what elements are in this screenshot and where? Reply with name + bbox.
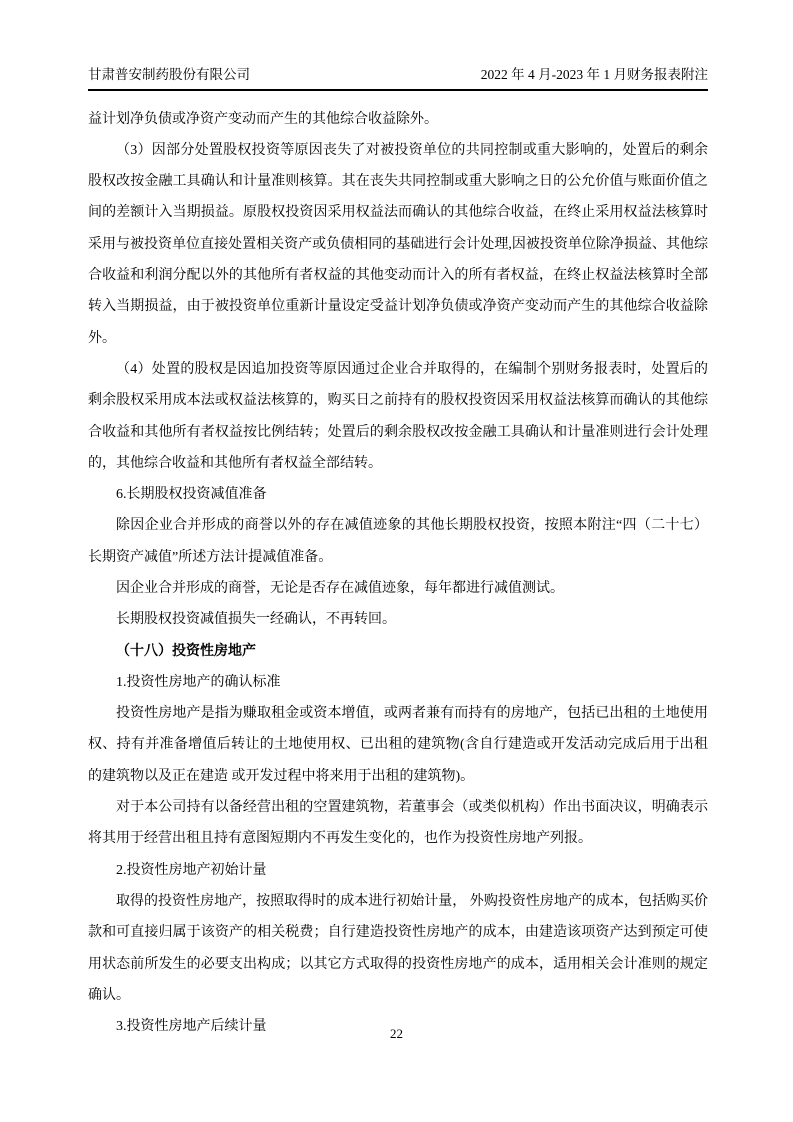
- document-page: 甘肃普安制药股份有限公司 2022 年 4 月-2023 年 1 月财务报表附注…: [0, 0, 793, 1122]
- document-body: 益计划净负债或净资产变动而产生的其他综合收益除外。 （3）因部分处置股权投资等原…: [88, 104, 708, 1043]
- report-period-title: 2022 年 4 月-2023 年 1 月财务报表附注: [481, 66, 708, 84]
- page-number: 22: [0, 1026, 793, 1042]
- paragraph-disposal-item-4: （4）处置的股权是因追加投资等原因通过企业合并取得的，在编制个别财务报表时，处置…: [88, 354, 708, 479]
- paragraph-continuation: 益计划净负债或净资产变动而产生的其他综合收益除外。: [88, 104, 708, 135]
- subheading-initial-measurement: 2.投资性房地产初始计量: [88, 855, 708, 886]
- subheading-recognition-criteria: 1.投资性房地产的确认标准: [88, 667, 708, 698]
- paragraph-impairment-method: 除因企业合并形成的商誉以外的存在减值迹象的其他长期股权投资，按照本附注“四（二十…: [88, 510, 708, 573]
- paragraph-definition: 投资性房地产是指为赚取租金或资本增值，或两者兼有而持有的房地产，包括已出租的土地…: [88, 698, 708, 792]
- paragraph-vacant-building: 对于本公司持有以备经营出租的空置建筑物，若董事会（或类似机构）作出书面决议，明确…: [88, 792, 708, 855]
- paragraph-initial-measurement: 取得的投资性房地产，按照取得时的成本进行初始计量， 外购投资性房地产的成本，包括…: [88, 886, 708, 1011]
- paragraph-goodwill-test: 因企业合并形成的商誉，无论是否存在减值迹象，每年都进行减值测试。: [88, 573, 708, 604]
- paragraph-disposal-item-3: （3）因部分处置股权投资等原因丧失了对被投资单位的共同控制或重大影响的，处置后的…: [88, 135, 708, 354]
- subheading-impairment-provision: 6.长期股权投资减值准备: [88, 479, 708, 510]
- section-heading-investment-property: （十八）投资性房地产: [88, 636, 708, 667]
- page-header: 甘肃普安制药股份有限公司 2022 年 4 月-2023 年 1 月财务报表附注: [88, 66, 708, 91]
- company-name: 甘肃普安制药股份有限公司: [88, 66, 250, 84]
- paragraph-impairment-no-reversal: 长期股权投资减值损失一经确认，不再转回。: [88, 604, 708, 635]
